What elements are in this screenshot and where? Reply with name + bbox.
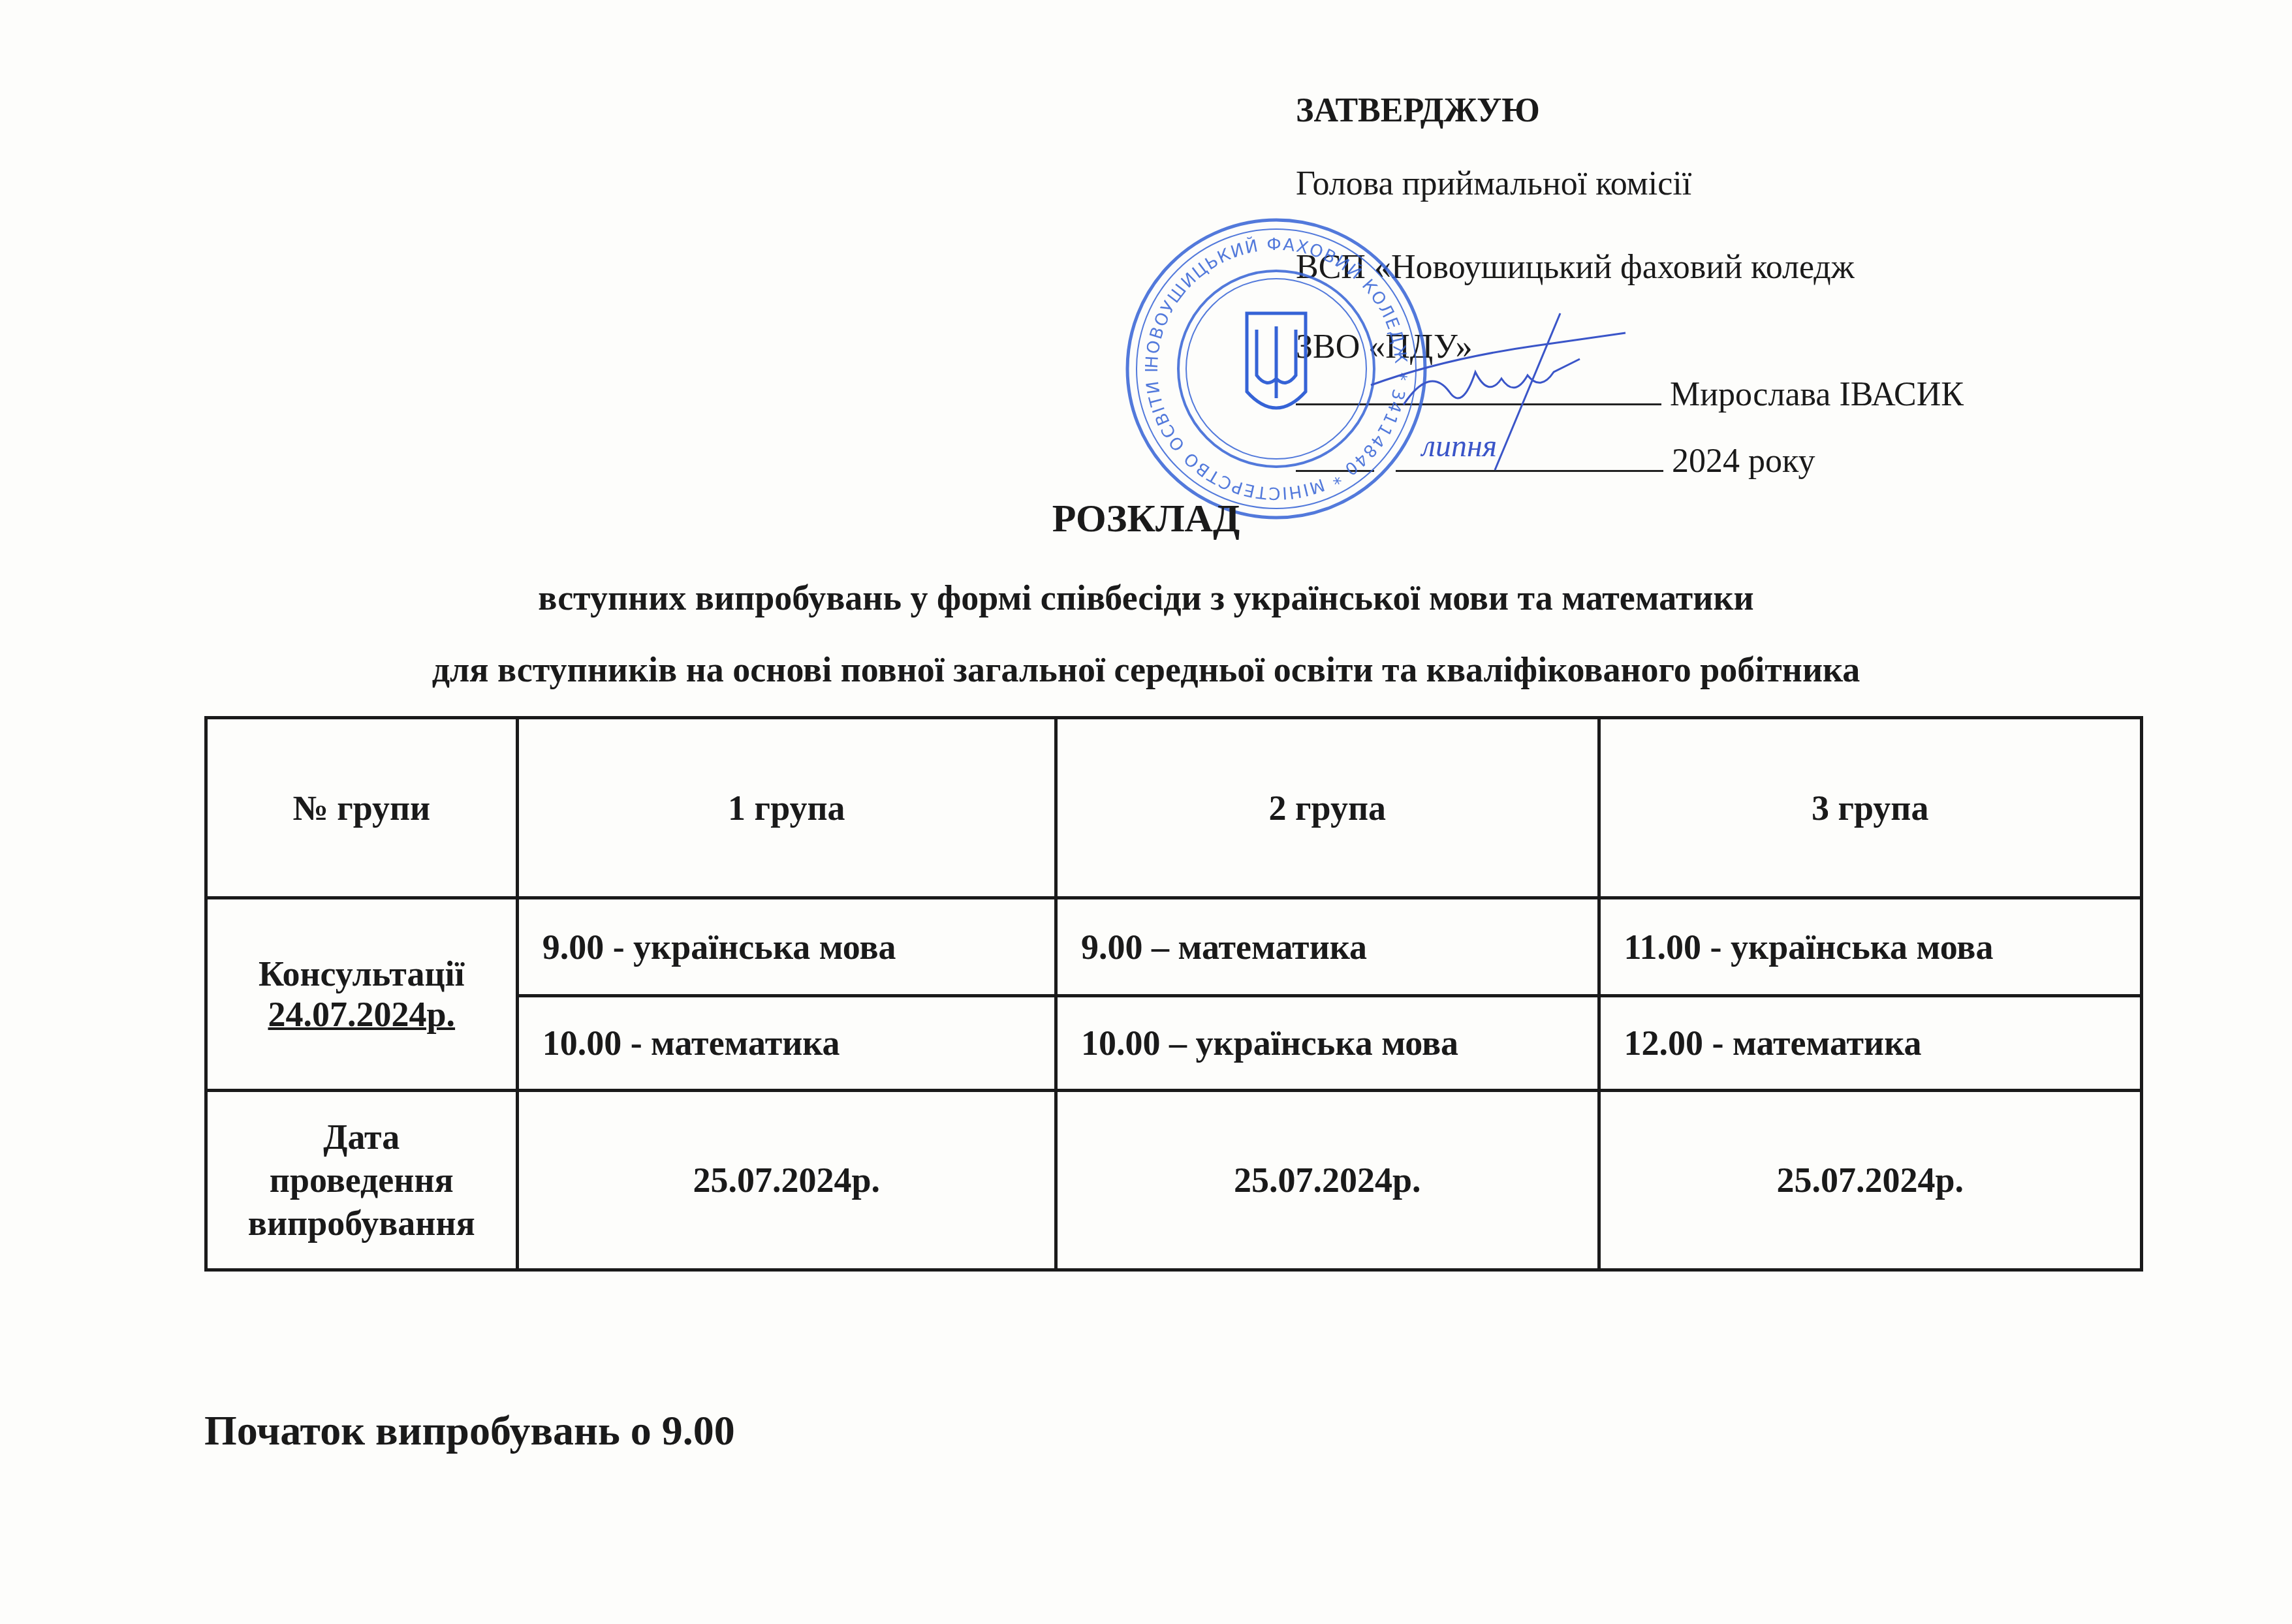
schedule-table: № групи 1 група 2 група 3 група Консульт… (204, 716, 2143, 1272)
table-cell: 9.00 - українська мова (517, 898, 1056, 996)
document-subtitle-2: для вступників на основі повної загально… (0, 649, 2292, 690)
table-cell: 11.00 - українська мова (1599, 898, 2141, 996)
table-cell: 9.00 – математика (1056, 898, 1599, 996)
consultations-label: Консультації (213, 954, 510, 994)
trident-icon (1247, 313, 1306, 408)
table-cell: 12.00 - математика (1599, 996, 2141, 1091)
signature-scribble (1364, 307, 1639, 476)
table-cell: 25.07.2024р. (517, 1091, 1056, 1270)
exam-label-3: випробування (213, 1202, 510, 1245)
table-row: Дата проведення випробування 25.07.2024р… (206, 1091, 2142, 1270)
header-cell: 1 група (517, 718, 1056, 898)
header-cell: № групи (206, 718, 518, 898)
table-cell: 10.00 - математика (517, 996, 1056, 1091)
table-cell: 25.07.2024р. (1599, 1091, 2141, 1270)
consultations-label-cell: Консультації 24.07.2024р. (206, 898, 518, 1091)
signatory-name: Мирослава ІВАСИК (1670, 376, 1964, 413)
header-row: № групи 1 група 2 група 3 група (206, 718, 2142, 898)
document-subtitle-1: вступних випробувань у формі співбесіди … (0, 578, 2292, 618)
approval-heading: ЗАТВЕРДЖУЮ (1296, 91, 1540, 131)
exam-label-1: Дата (213, 1116, 510, 1159)
exam-label-cell: Дата проведення випробування (206, 1091, 518, 1270)
approval-position: Голова приймальної комісії (1296, 164, 1691, 204)
header-cell: 2 група (1056, 718, 1599, 898)
table-row: Консультації 24.07.2024р. 9.00 - українс… (206, 898, 2142, 996)
table-cell: 10.00 – українська мова (1056, 996, 1599, 1091)
document-title: РОЗКЛАД (0, 496, 2292, 541)
start-time-note: Початок випробувань о 9.00 (204, 1407, 735, 1455)
exam-label-2: проведення (213, 1159, 510, 1202)
header-cell: 3 група (1599, 718, 2141, 898)
year-label: 2024 року (1672, 443, 1815, 480)
table-cell: 25.07.2024р. (1056, 1091, 1599, 1270)
consultations-date: 24.07.2024р. (213, 994, 510, 1035)
